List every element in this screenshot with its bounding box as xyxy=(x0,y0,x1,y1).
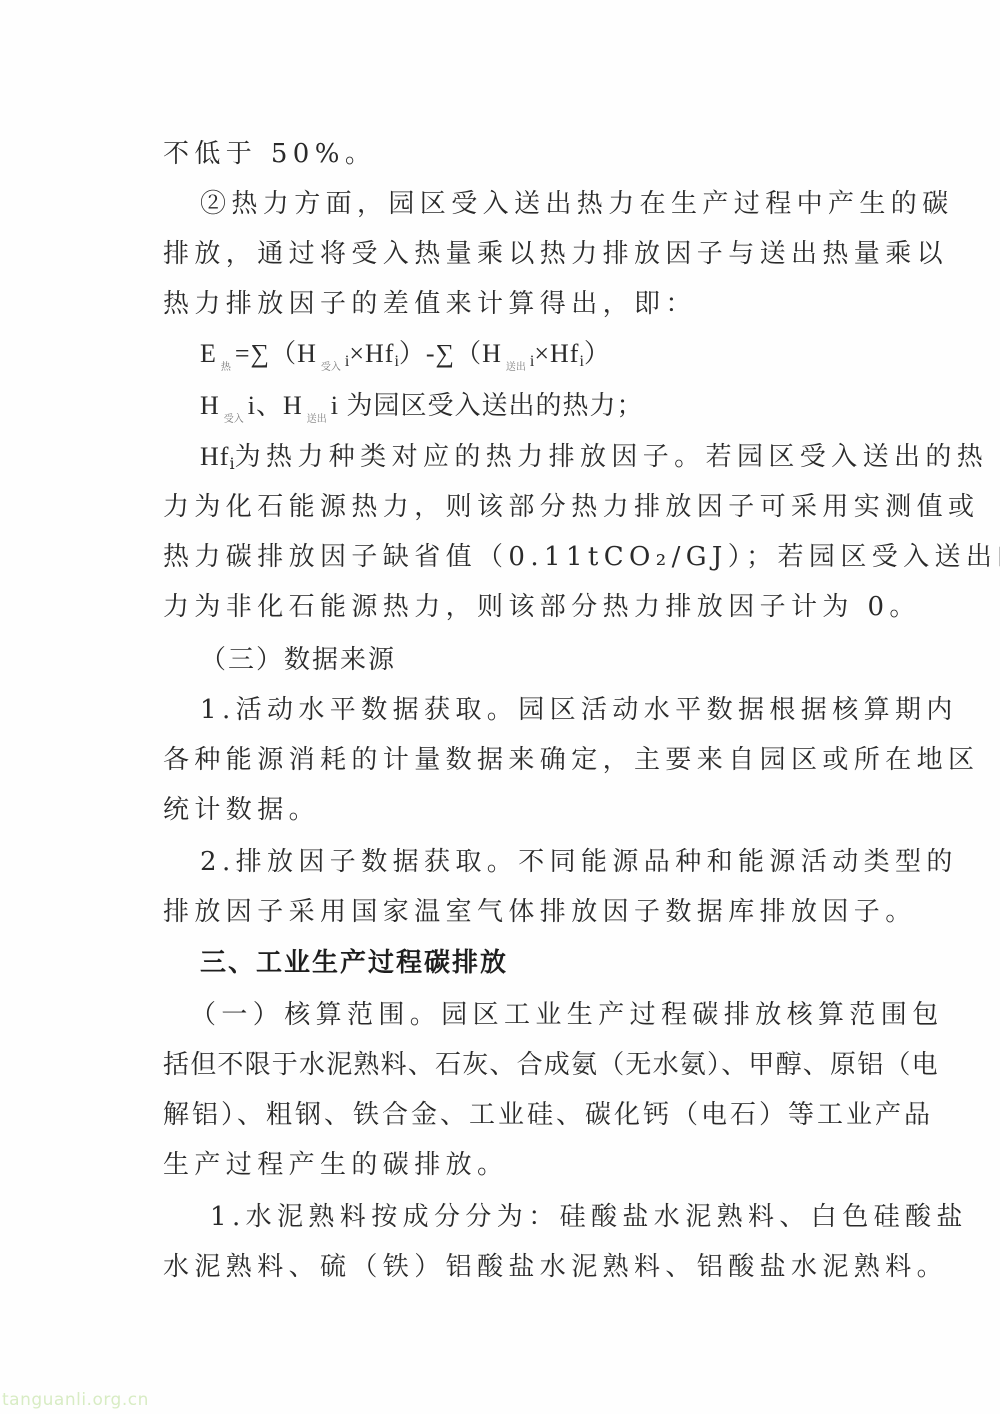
paragraph-line: 各种能源消耗的计量数据来确定，主要来自园区或所在地区 xyxy=(163,745,863,775)
paragraph-line: 热力碳排放因子缺省值（0.11tCO₂/GJ）；若园区受入送出的热 xyxy=(163,542,863,572)
paragraph-line: 水泥熟料、硫（铁）铝酸盐水泥熟料、铝酸盐水泥熟料。 xyxy=(163,1252,863,1282)
paragraph-line: 热力排放因子的差值来计算得出，即： xyxy=(163,289,863,319)
paragraph-line: 1.活动水平数据获取。园区活动水平数据根据核算期内 xyxy=(200,695,900,725)
paragraph-line: 力为非化石能源热力，则该部分热力排放因子计为 0。 xyxy=(163,592,863,622)
paragraph-line: ②热力方面，园区受入送出热力在生产过程中产生的碳 xyxy=(200,189,900,219)
paragraph-line: 1.水泥熟料按成分分为：硅酸盐水泥熟料、白色硅酸盐 xyxy=(210,1202,910,1232)
paragraph-line: 不低于 50%。 xyxy=(163,139,863,169)
factor-definition: Hfi为热力种类对应的热力排放因子。若园区受入送出的热 xyxy=(200,442,900,479)
heat-formula: E热=∑（H受入i×Hfi）-∑（H送出i×Hfi） xyxy=(200,339,900,383)
section-title-data-source: （三）数据来源 xyxy=(200,645,900,675)
paragraph-line: （一）核算范围。园区工业生产过程碳排放核算范围包 xyxy=(190,1000,890,1030)
watermark: tanguanli.org.cn xyxy=(2,1390,149,1410)
document-page: 不低于 50%。 ②热力方面，园区受入送出热力在生产过程中产生的碳 排放，通过将… xyxy=(0,0,1000,1414)
paragraph-line: 解铝）、粗钢、铁合金、工业硅、碳化钙（电石）等工业产品 xyxy=(163,1100,863,1130)
section-heading-industrial: 三、工业生产过程碳排放 xyxy=(200,948,900,978)
paragraph-line: 统计数据。 xyxy=(163,795,863,825)
heat-definition: H受入i、H送出i 为园区受入送出的热力； xyxy=(200,391,900,435)
paragraph-line: 生产过程产生的碳排放。 xyxy=(163,1150,863,1180)
paragraph-line: 排放因子采用国家温室气体排放因子数据库排放因子。 xyxy=(163,897,863,927)
paragraph-line: 2.排放因子数据获取。不同能源品种和能源活动类型的 xyxy=(200,847,900,877)
paragraph-line: 力为化石能源热力，则该部分热力排放因子可采用实测值或 xyxy=(163,492,863,522)
paragraph-line: 括但不限于水泥熟料、石灰、合成氨（无水氨）、甲醇、原铝（电 xyxy=(163,1050,863,1080)
paragraph-line: 排放，通过将受入热量乘以热力排放因子与送出热量乘以 xyxy=(163,239,863,269)
